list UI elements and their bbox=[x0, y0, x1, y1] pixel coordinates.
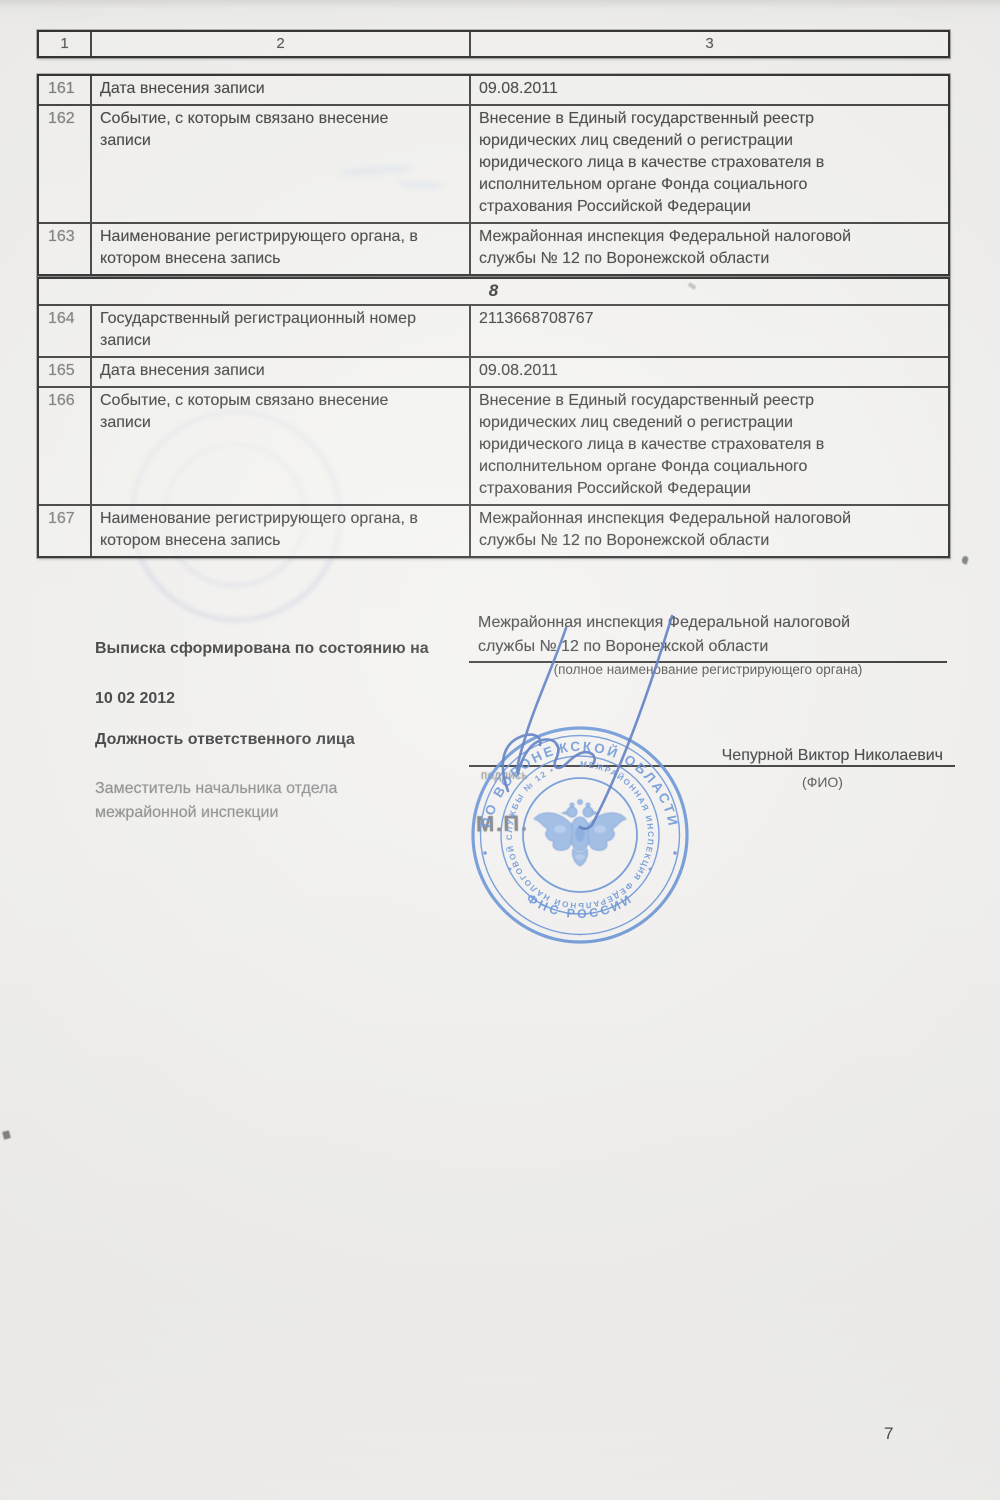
column-header-table: 1 2 3 bbox=[37, 30, 950, 58]
row-label: Наименование регистрирующего органа, в к… bbox=[90, 506, 469, 556]
extract-generated-label: Выписка сформирована по состоянию на bbox=[95, 640, 429, 657]
handwritten-signature bbox=[430, 595, 760, 865]
column-number-2: 2 bbox=[90, 32, 469, 56]
page-number: 7 bbox=[884, 1424, 893, 1444]
official-position-block: Должность ответственного лица Заместител… bbox=[95, 703, 455, 826]
row-number: 166 bbox=[39, 388, 90, 504]
row-number: 165 bbox=[39, 358, 90, 386]
scan-speck bbox=[961, 555, 969, 565]
row-label: Событие, с которым связано внесение запи… bbox=[90, 388, 469, 504]
row-number: 167 bbox=[39, 506, 90, 556]
table-row: 162 Событие, с которым связано внесение … bbox=[39, 104, 948, 222]
row-label: Дата внесения записи bbox=[90, 76, 469, 104]
row-number: 162 bbox=[39, 106, 90, 222]
table-row: 167 Наименование регистрирующего органа,… bbox=[39, 504, 948, 556]
row-value: Внесение в Единый государственный реестр… bbox=[469, 388, 948, 504]
row-value: Межрайонная инспекция Федеральной налого… bbox=[469, 506, 948, 556]
row-number: 161 bbox=[39, 76, 90, 104]
table-row: 164 Государственный регистрационный номе… bbox=[39, 304, 948, 356]
table-row: 166 Событие, с которым связано внесение … bbox=[39, 386, 948, 504]
row-value: Внесение в Единый государственный реестр… bbox=[469, 106, 948, 222]
row-label: Наименование регистрирующего органа, в к… bbox=[90, 224, 469, 274]
scan-speck bbox=[2, 1130, 11, 1140]
table-row: 163 Наименование регистрирующего органа,… bbox=[39, 222, 948, 274]
row-value: 2113668708767 bbox=[469, 306, 948, 356]
extract-generated-block: Выписка сформирована по состоянию на 10 … bbox=[95, 611, 475, 711]
table-row: 165 Дата внесения записи 09.08.2011 bbox=[39, 356, 948, 386]
records-table-2: 8 164 Государственный регистрационный но… bbox=[37, 277, 950, 558]
section-header: 8 bbox=[39, 279, 948, 304]
row-label: Государственный регистрационный номер за… bbox=[90, 306, 469, 356]
table-row: 161 Дата внесения записи 09.08.2011 bbox=[39, 76, 948, 104]
row-number: 164 bbox=[39, 306, 90, 356]
records-table-1: 161 Дата внесения записи 09.08.2011 162 … bbox=[37, 74, 950, 276]
scanned-document-page: 1 2 3 161 Дата внесения записи 09.08.201… bbox=[0, 0, 1000, 1500]
position-value: Заместитель начальника отдела межрайонно… bbox=[95, 780, 337, 822]
row-value: 09.08.2011 bbox=[469, 76, 948, 104]
row-label: Событие, с которым связано внесение запи… bbox=[90, 106, 469, 222]
row-value: 09.08.2011 bbox=[469, 358, 948, 386]
row-value: Межрайонная инспекция Федеральной налого… bbox=[469, 224, 948, 274]
column-number-1: 1 bbox=[39, 32, 90, 56]
table-row: 1 2 3 bbox=[39, 32, 948, 56]
row-label: Дата внесения записи bbox=[90, 358, 469, 386]
column-number-3: 3 bbox=[469, 32, 948, 56]
row-number: 163 bbox=[39, 224, 90, 274]
position-title: Должность ответственного лица bbox=[95, 731, 355, 748]
